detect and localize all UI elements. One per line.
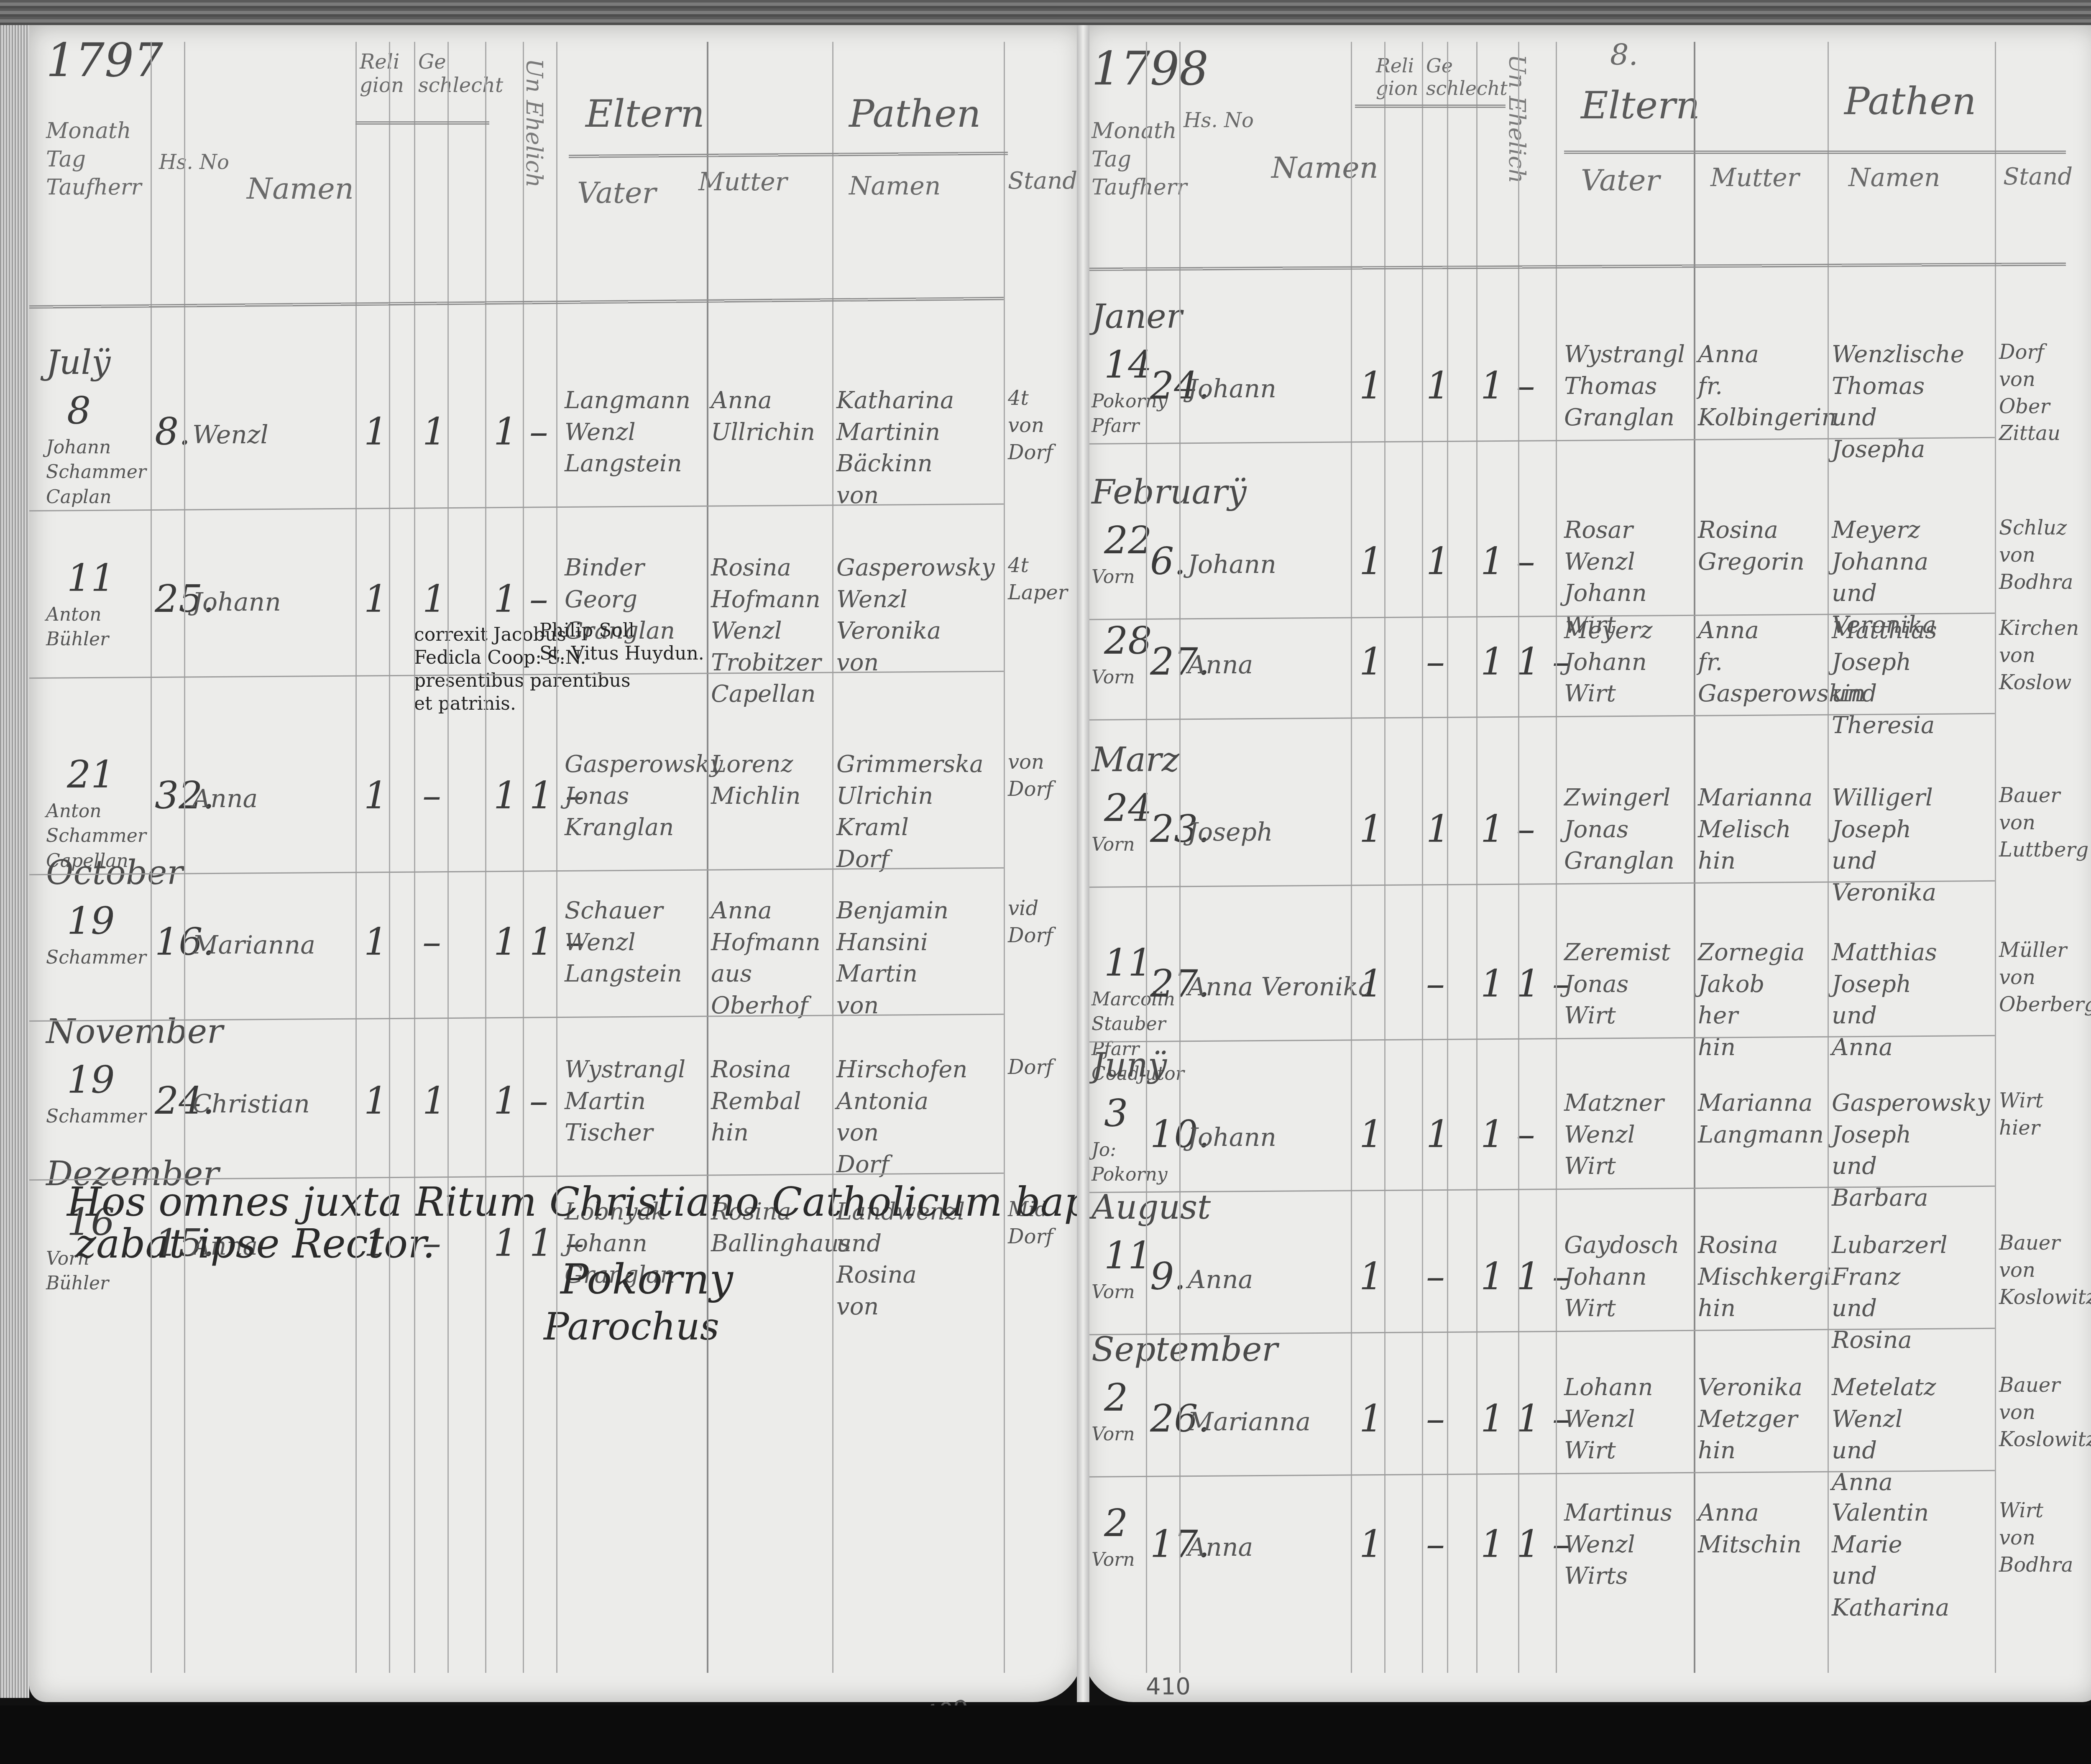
entry-godparent-residence: Schluz von Bodhra	[1999, 514, 2073, 596]
entry-child-name: Johann	[192, 585, 281, 619]
column-rule	[1146, 42, 1147, 1673]
entry-day: 2	[1104, 1501, 1128, 1545]
column-rule	[389, 42, 390, 1673]
year-heading: 1797	[46, 33, 163, 87]
entry-child-name: Johann	[1188, 372, 1276, 406]
entry-religion-mark: 1	[364, 410, 388, 454]
page-stack-left	[0, 25, 29, 1698]
column-rule	[414, 42, 415, 1673]
entry-sex-mark: 1	[1426, 364, 1450, 408]
header-house-no: Hs. No	[159, 151, 229, 174]
entry-legitimacy-mark: 1 1 –	[1480, 1397, 1571, 1441]
entry-mother: Veronika Metzger hin	[1698, 1372, 1802, 1467]
page-marker: 8.	[1610, 38, 1638, 72]
entry-mother: Lorenz Michlin	[711, 749, 801, 812]
entry-day: 11	[1104, 941, 1152, 985]
entry-godparent-residence: Dorf von Ober Zittau	[1999, 339, 2060, 447]
column-rule	[151, 42, 152, 1673]
entry-month: November	[46, 1012, 223, 1051]
column-rule	[1004, 42, 1005, 1673]
entry-father: Gasperowsky Jonas Kranglan	[565, 749, 723, 844]
entry-month: August	[1092, 1188, 1211, 1227]
header-house-no: Hs. No	[1184, 109, 1254, 132]
entry-sex-mark: 1	[422, 1079, 446, 1123]
entry-month: Janer	[1092, 297, 1182, 336]
year-heading: 1798	[1092, 42, 1209, 95]
entry-godparent: Lubarzerl Franz und Rosina	[1832, 1230, 1948, 1356]
column-rule	[485, 42, 486, 1673]
entry-godparent: Benjamin Hansini Martin von	[836, 895, 948, 1021]
entry-father: Meyerz Johann Wirt	[1564, 615, 1653, 710]
row-rule	[1564, 151, 2066, 154]
entry-godparent: Gasperowsky Joseph und Barbara	[1832, 1087, 1990, 1214]
entry-mother: Marianna Melisch hin	[1698, 782, 1812, 877]
entry-godparent: Hirschofen Antonia von Dorf	[836, 1054, 967, 1180]
header-name: Namen	[1271, 151, 1378, 185]
entry-father: Langmann Wenzl Langstein	[565, 385, 690, 480]
entry-sex-mark: –	[422, 774, 441, 818]
column-rule	[1422, 42, 1423, 1673]
entry-godparent-residence: Müller von Oberberg	[1999, 937, 2091, 1018]
column-rule	[447, 42, 449, 1673]
entry-day: 22	[1104, 519, 1152, 562]
entry-godparent-residence: Bauer von Luttberg	[1999, 782, 2088, 863]
entry-baptizer: Johann Schammer Caplan	[46, 435, 146, 509]
entry-child-name: Anna	[192, 782, 258, 816]
entry-day: 19	[67, 899, 115, 943]
entry-godparent: Valentin Marie und Katharina	[1832, 1497, 1949, 1623]
entry-month: Junÿ	[1092, 1046, 1167, 1084]
row-rule	[355, 121, 489, 125]
header-father: Vater	[577, 176, 656, 210]
entry-legitimacy-mark: 1 –	[1480, 807, 1535, 851]
entry-godparent-residence: Bauer von Koslowitz	[1999, 1372, 2091, 1453]
column-rule	[556, 42, 557, 1673]
entry-child-name: Joseph	[1188, 816, 1273, 849]
header-godparents: Pathen	[1844, 79, 1976, 123]
entry-godparent: Matthias Joseph und Theresia	[1832, 615, 1937, 741]
entry-month: Marz	[1092, 740, 1179, 779]
entry-father: Gaydosch Johann Wirt	[1564, 1230, 1679, 1324]
header-godparent-name: Namen	[1848, 163, 1940, 192]
entry-sex-mark: –	[1426, 640, 1445, 684]
entry-mother: Anna fr. Kolbingerin	[1698, 339, 1837, 434]
column-rule	[184, 42, 185, 1673]
entry-day: 11	[67, 556, 115, 600]
entry-mother: Rosina Rembal hin	[711, 1054, 801, 1149]
entry-baptizer: Schammer	[46, 945, 146, 970]
entry-religion-mark: 1	[1359, 364, 1383, 408]
entry-month: October	[46, 853, 183, 892]
entry-legitimacy-mark: 1 1 –	[1480, 1522, 1571, 1566]
entry-religion-mark: 1	[1359, 539, 1383, 583]
entry-sex-mark: 1	[1426, 807, 1450, 851]
entry-father: Wystrangl Martin Tischer	[565, 1054, 685, 1149]
entry-religion-mark: 1	[1359, 807, 1383, 851]
column-rule	[1351, 42, 1352, 1673]
header-mother: Mutter	[1710, 163, 1800, 192]
entry-religion-mark: 1	[364, 920, 388, 964]
header-sex: Ge schlecht	[418, 50, 456, 97]
entry-sex-mark: –	[1426, 962, 1445, 1006]
column-rule	[1447, 42, 1448, 1673]
entry-day: 3	[1104, 1092, 1128, 1135]
entry-religion-mark: 1	[1359, 1397, 1383, 1441]
entry-baptizer: Anton Bühler	[46, 602, 146, 652]
entry-mother: Marianna Langmann	[1698, 1087, 1824, 1150]
entry-child-name: Wenzl	[192, 418, 268, 452]
entry-day: 28	[1104, 619, 1152, 663]
correction-note-name: Philip Soll St. Vitus Huydun.	[539, 619, 704, 665]
entry-child-name: Johann	[1188, 548, 1276, 582]
right-page: 1798 8. Monath Tag Taufherr Hs. No Namen…	[1083, 25, 2091, 1702]
column-rule	[1476, 42, 1478, 1673]
entry-father: Lohann Wenzl Wirt	[1564, 1372, 1653, 1467]
entry-day: 2	[1104, 1376, 1128, 1420]
entry-godparent-residence: Kirchen von Koslow	[1999, 615, 2079, 696]
entry-child-name: Christian	[192, 1087, 310, 1121]
header-name: Namen	[247, 171, 354, 206]
column-rule	[1995, 42, 1996, 1673]
entry-religion-mark: 1	[364, 1079, 388, 1123]
header-legitimacy: Un Ehelich	[521, 59, 548, 188]
header-month-day-baptizer: Monath Tag Taufherr	[46, 117, 146, 202]
row-rule	[1083, 263, 2066, 271]
entry-godparent: Metelatz Wenzl und Anna	[1832, 1372, 1936, 1498]
entry-father: Matzner Wenzl Wirt	[1564, 1087, 1664, 1182]
entry-godparent: Willigerl Joseph und Veronika	[1832, 782, 1936, 908]
header-mother: Mutter	[698, 167, 787, 197]
left-page: 1797 Monath Tag Taufherr Hs. No Namen Re…	[29, 25, 1083, 1702]
entry-sex-mark: 1	[422, 577, 446, 621]
header-religion: Reli gion	[1376, 54, 1405, 100]
closing-formula-line-1: Hos omnes juxta Ritum Christiano Catholi…	[67, 1179, 1118, 1225]
entry-father: Schauer Wenzl Langstein	[565, 895, 682, 990]
entry-sex-mark: –	[1426, 1255, 1445, 1299]
entry-child-name: Anna	[1188, 648, 1253, 682]
entry-godparent-residence: Dorf	[1008, 1054, 1053, 1081]
column-rule	[1694, 42, 1695, 1673]
entry-day: 19	[67, 1058, 115, 1102]
entry-sex-mark: 1	[422, 410, 446, 454]
entry-legitimacy-mark: 1 –	[1480, 1112, 1535, 1156]
entry-godparent-residence: Wirt hier	[1999, 1087, 2043, 1142]
header-religion: Reli gion	[360, 50, 393, 97]
entry-sex-mark: 1	[1426, 539, 1450, 583]
entry-child-name: Anna Veronika	[1188, 970, 1373, 1004]
column-rule	[832, 42, 833, 1673]
header-month-day-baptizer: Monath Tag Taufherr	[1092, 117, 1184, 202]
signature-title: Parochus	[544, 1305, 719, 1349]
entry-religion-mark: 1	[1359, 1255, 1383, 1299]
entry-sex-mark: 1	[1426, 1112, 1450, 1156]
entry-child-name: Anna	[1188, 1531, 1253, 1565]
entry-legitimacy-mark: 1 –	[493, 1079, 548, 1123]
entry-day: 8	[67, 389, 91, 433]
entry-baptizer: Schammer	[46, 1104, 146, 1129]
entry-child-name: Johann	[1188, 1121, 1276, 1155]
entry-mother: Rosina Hofmann Wenzl Trobitzer Capellan	[711, 552, 821, 710]
entry-religion-mark: 1	[1359, 1522, 1383, 1566]
entry-religion-mark: 1	[1359, 962, 1383, 1006]
background-shadow	[0, 1705, 2091, 1764]
column-rule	[1556, 42, 1557, 1673]
entry-father: Zwingerl Jonas Granglan	[1564, 782, 1674, 877]
header-sex: Ge schlecht	[1426, 54, 1460, 100]
entry-day: 11	[1104, 1234, 1152, 1278]
book-gutter	[1077, 25, 1089, 1702]
entry-day: 14	[1104, 343, 1152, 387]
header-godparent-residence: Stand	[1008, 167, 1077, 194]
entry-godparent: Gasperowsky Wenzl Veronika von	[836, 552, 995, 678]
entry-legitimacy-mark: 1 1 –	[1480, 640, 1571, 684]
column-rule	[707, 42, 708, 1673]
entry-father: Martinus Wenzl Wirts	[1564, 1497, 1672, 1592]
header-godparent-name: Namen	[849, 171, 941, 201]
header-legitimacy: Un Ehelich	[1504, 54, 1531, 184]
entry-child-name: Marianna	[1188, 1405, 1311, 1439]
entry-mother: Anna Ullrichin	[711, 385, 815, 448]
page-number-right: 410	[1146, 1673, 1191, 1700]
entry-legitimacy-mark: 1 –	[493, 577, 548, 621]
entry-month: September	[1092, 1330, 1278, 1369]
column-rule	[1828, 42, 1829, 1673]
entry-sex-mark: –	[1426, 1397, 1445, 1441]
entry-mother: Zornegia Jakob her hin	[1698, 937, 1805, 1063]
entry-father: Wystrangl Thomas Granglan	[1564, 339, 1685, 434]
entry-legitimacy-mark: 1 –	[1480, 364, 1535, 408]
entry-legitimacy-mark: 1 –	[493, 410, 548, 454]
row-rule	[569, 152, 1008, 158]
entry-godparent-residence: 4t von Dorf	[1008, 385, 1053, 466]
column-rule	[1518, 42, 1519, 1673]
column-rule	[523, 42, 524, 1673]
entry-mother: Rosina Gregorin	[1698, 514, 1805, 578]
entry-legitimacy-mark: 1 1 –	[1480, 962, 1571, 1006]
entry-godparent: Katharina Martinin Bäckinn von	[836, 385, 954, 511]
entry-religion-mark: 1	[364, 577, 388, 621]
entry-religion-mark: 1	[1359, 640, 1383, 684]
header-father: Vater	[1581, 163, 1660, 197]
entry-godparent-residence: Wirt von Bodhra	[1999, 1497, 2073, 1578]
entry-month: Februarÿ	[1092, 473, 1247, 511]
entry-day: 21	[67, 753, 115, 797]
entry-sex-mark: –	[422, 920, 441, 964]
header-parents: Eltern	[1581, 84, 1700, 128]
entry-godparent: Grimmerska Ulrichin Kraml Dorf	[836, 749, 984, 875]
entry-godparent-residence: vid Dorf	[1008, 895, 1053, 949]
entry-child-name: Anna	[1188, 1263, 1253, 1297]
column-rule	[1179, 42, 1181, 1673]
entry-godparent: Matthias Joseph und Anna	[1832, 937, 1937, 1063]
entry-month: Julÿ	[46, 343, 110, 382]
column-rule	[1384, 42, 1385, 1673]
entry-godparent: Wenzlische Thomas und Josepha	[1832, 339, 1964, 465]
entry-mother: Anna Mitschin	[1698, 1497, 1802, 1560]
entry-mother: Rosina Mischkergi hin	[1698, 1230, 1831, 1324]
row-rule	[1355, 105, 1506, 108]
entry-legitimacy-mark: 1 1 –	[1480, 1255, 1571, 1299]
entry-day: 24	[1104, 786, 1152, 830]
header-parents: Eltern	[585, 92, 705, 136]
entry-religion-mark: 1	[1359, 1112, 1383, 1156]
entry-child-name: Marianna	[192, 928, 315, 962]
entry-legitimacy-mark: 1 –	[1480, 539, 1535, 583]
entry-religion-mark: 1	[364, 774, 388, 818]
entry-godparent-residence: Bauer von Koslowitz	[1999, 1230, 2091, 1311]
header-godparents: Pathen	[849, 92, 981, 136]
entry-father: Zeremist Jonas Wirt	[1564, 937, 1670, 1032]
entry-godparent-residence: 4t Laper	[1008, 552, 1068, 606]
entry-godparent-residence: von Dorf	[1008, 749, 1053, 803]
column-rule	[355, 42, 357, 1673]
row-rule	[29, 297, 1004, 309]
closing-formula-line-2: zabat ipse Rector.	[75, 1221, 435, 1267]
entry-sex-mark: –	[1426, 1522, 1445, 1566]
header-godparent-residence: Stand	[2003, 163, 2073, 190]
entry-mother: Anna Hofmann aus Oberhof	[711, 895, 821, 1021]
